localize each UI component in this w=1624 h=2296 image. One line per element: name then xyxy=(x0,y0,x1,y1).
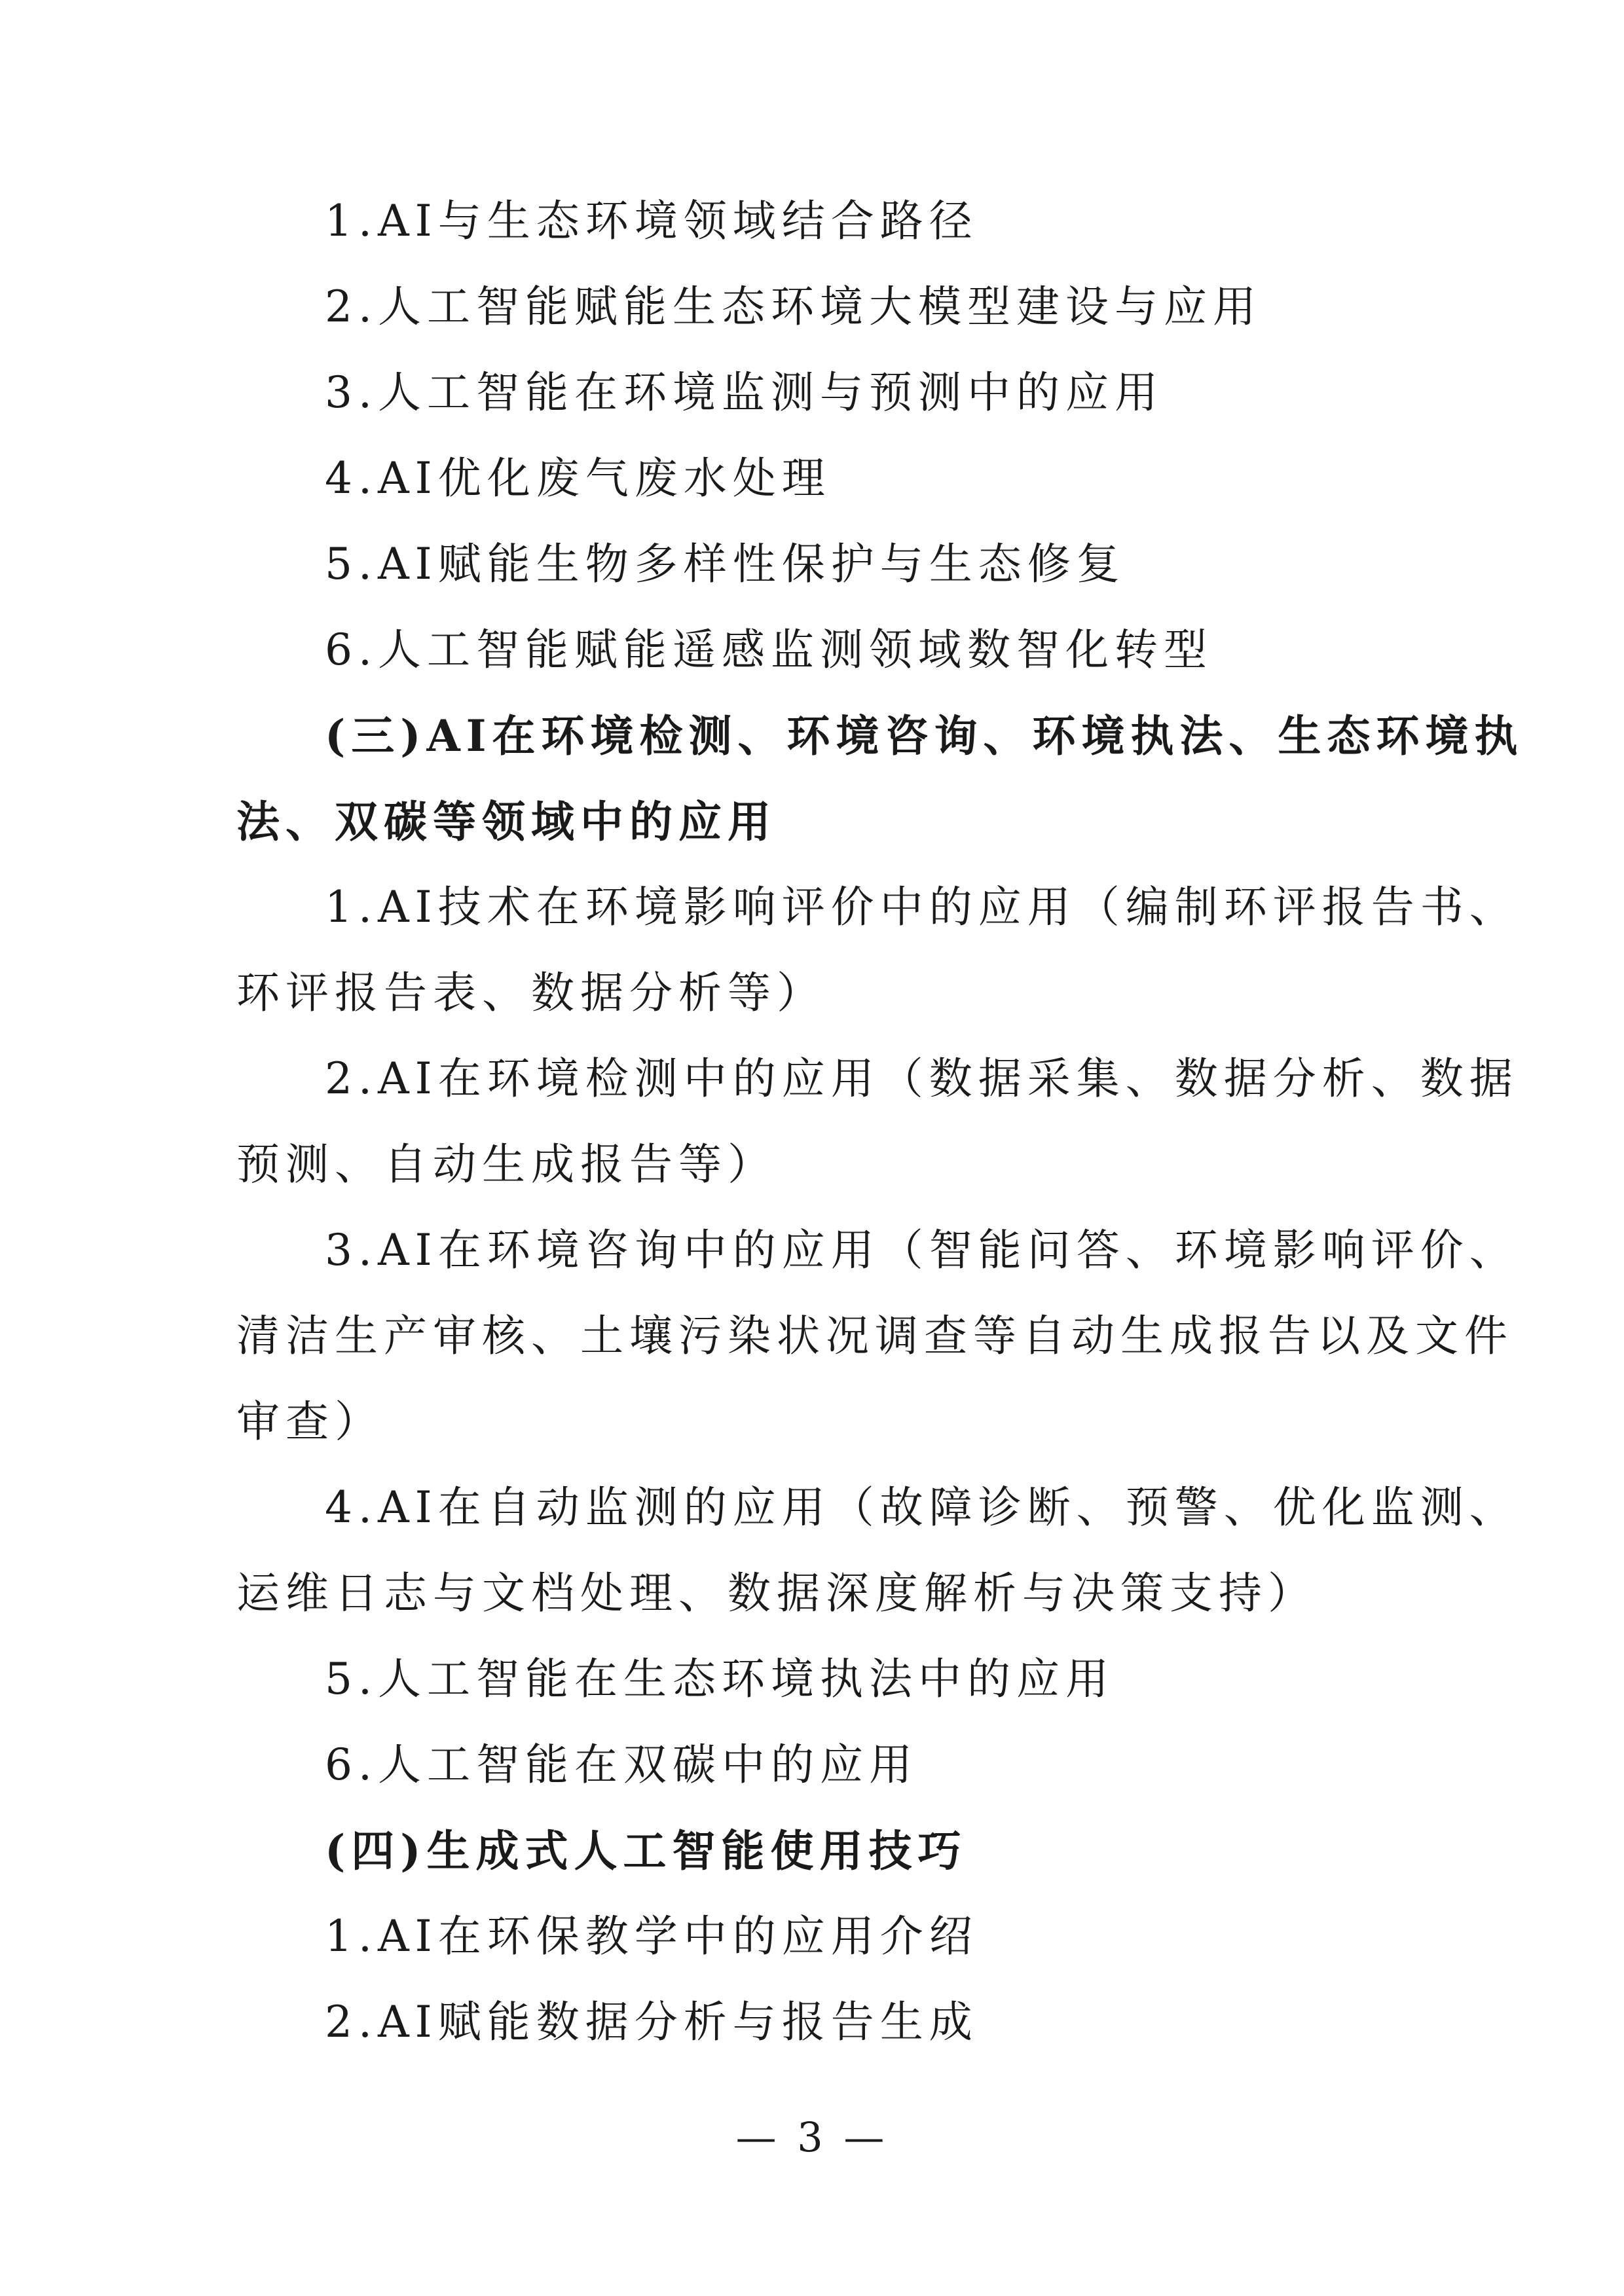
list-item-3-4: 4.AI在自动监测的应用（故障诊断、预警、优化监测、 xyxy=(325,1482,1477,1534)
list-item-3-1-cont: 环评报告表、数据分析等） xyxy=(236,967,1389,1019)
list-item-1-3: 3.人工智能在环境监测与预测中的应用 xyxy=(325,367,1477,419)
list-item-3-3: 3.AI在环境咨询中的应用（智能问答、环境影响评价、 xyxy=(325,1224,1477,1277)
page-number: — 3 — xyxy=(0,2111,1624,2164)
list-item-3-3-cont: 清洁生产审核、土壤污染状况调查等自动生成报告以及文件 xyxy=(236,1310,1389,1362)
list-item-3-2: 2.AI在环境检测中的应用（数据采集、数据分析、数据 xyxy=(325,1053,1477,1105)
list-item-3-4-cont: 运维日志与文档处理、数据深度解析与决策支持） xyxy=(236,1567,1389,1620)
list-item-1-4: 4.AI优化废气废水处理 xyxy=(325,452,1477,505)
list-item-3-1: 1.AI技术在环境影响评价中的应用（编制环评报告书、 xyxy=(325,881,1477,934)
list-item-3-2-cont: 预测、自动生成报告等） xyxy=(236,1139,1389,1191)
document-page: 1.AI与生态环境领域结合路径 2.人工智能赋能生态环境大模型建设与应用 3.人… xyxy=(0,0,1624,2296)
list-item-3-5: 5.人工智能在生态环境执法中的应用 xyxy=(325,1653,1477,1705)
list-item-4-1: 1.AI在环保教学中的应用介绍 xyxy=(325,1910,1477,1963)
section-heading-4: (四)生成式人工智能使用技巧 xyxy=(325,1825,1477,1877)
section-heading-3: (三)AI在环境检测、环境咨询、环境执法、生态环境执 xyxy=(325,710,1477,762)
list-item-3-3-cont2: 审查） xyxy=(236,1396,1389,1448)
list-item-3-6: 6.人工智能在双碳中的应用 xyxy=(325,1739,1477,1791)
list-item-4-2: 2.AI赋能数据分析与报告生成 xyxy=(325,1996,1477,2049)
list-item-1-6: 6.人工智能赋能遥感监测领域数智化转型 xyxy=(325,624,1477,676)
list-item-1-5: 5.AI赋能生物多样性保护与生态修复 xyxy=(325,538,1477,591)
list-item-1-1: 1.AI与生态环境领域结合路径 xyxy=(325,195,1477,247)
section-heading-3-cont: 法、双碳等领域中的应用 xyxy=(236,795,1389,848)
list-item-1-2: 2.人工智能赋能生态环境大模型建设与应用 xyxy=(325,281,1477,333)
